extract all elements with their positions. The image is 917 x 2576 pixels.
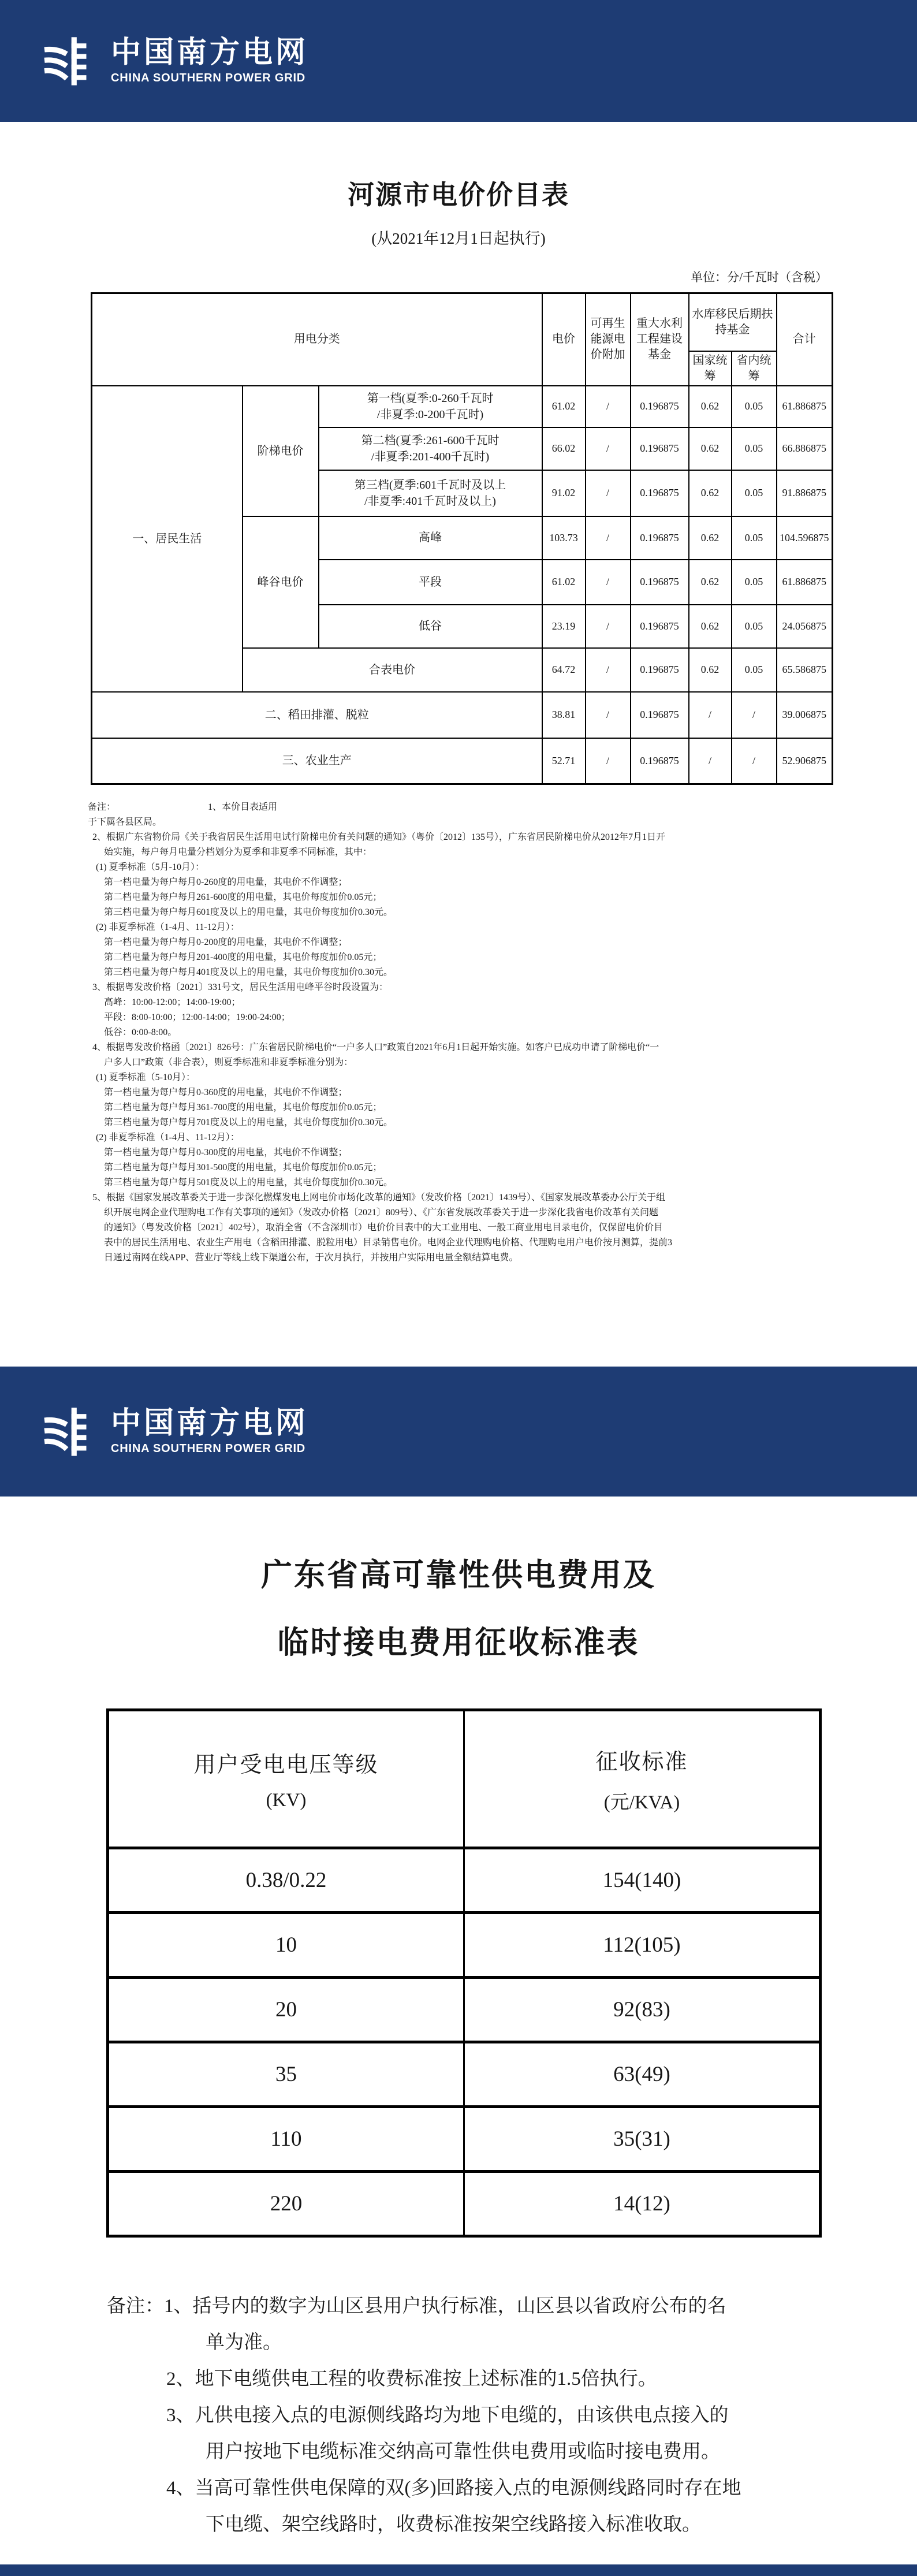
notes-line: 第二档电量为每户每月301-500度的用电量，其电价每度加价0.05元；	[88, 1160, 896, 1175]
voltage-cell: 110	[108, 2107, 464, 2172]
national-fund-cell: 0.62	[689, 605, 732, 648]
column-header-reservoir-fund: 水库移民后期扶持基金	[689, 293, 777, 351]
cspg-logo: 中国南方电网 CHINA SOUTHERN POWER GRID	[42, 1402, 308, 1461]
renewable-cell: /	[586, 560, 631, 605]
notes-line: 第三档电量为每户每月701度及以上的用电量，其电价每度加价0.30元。	[88, 1115, 896, 1130]
notes-item: 1、本价目表适用	[208, 802, 277, 812]
notes-line: 日通过南网在线APP、营业厅等线上线下渠道公布，于次月执行，并按用户实际用电量全…	[88, 1250, 896, 1265]
brand-name-en: CHINA SOUTHERN POWER GRID	[111, 1442, 308, 1455]
water-fund-cell: 0.196875	[631, 648, 689, 692]
table-row: 10 112(105)	[108, 1913, 821, 1978]
table-row: 二、稻田排灌、脱粒 38.81 / 0.196875 / / 39.006875	[92, 692, 833, 738]
voltage-cell: 0.38/0.22	[108, 1848, 464, 1913]
notes-line: 4、当高可靠性供电保障的双(多)回路接入点的电源侧线路同时存在地	[107, 2470, 858, 2507]
notes-line: 第二档电量为每户每月261-600度的用电量，其电价每度加价0.05元；	[88, 890, 896, 905]
water-fund-cell: 0.196875	[631, 692, 689, 738]
column-header-category: 用电分类	[92, 293, 542, 386]
total-cell: 66.886875	[777, 427, 833, 470]
column-header-national-plan: 国家统筹	[689, 351, 732, 386]
table-row: 0.38/0.22 154(140)	[108, 1848, 821, 1913]
water-fund-cell: 0.196875	[631, 516, 689, 560]
notes-line: 第三档电量为每户每月401度及以上的用电量，其电价每度加价0.30元。	[88, 965, 896, 980]
notes-line: 户多人口”政策（非合表），则夏季标准和非夏季标准分别为：	[88, 1055, 896, 1070]
notes-line: 第一档电量为每户每月0-300度的用电量，其电价不作调整；	[88, 1145, 896, 1160]
cspg-logo-text: 中国南方电网 CHINA SOUTHERN POWER GRID	[111, 37, 308, 85]
doc1-notes: 备注：1、本价目表适用 于下属各县区局。 2、根据广东省物价局《关于我省居民生活…	[88, 800, 896, 1265]
doc1-subtitle: (从2021年12月1日起执行)	[0, 226, 917, 248]
doc2-title-line2: 临时接电费用征收标准表	[0, 1618, 917, 1662]
column-header-provincial-plan: 省内统筹	[732, 351, 777, 386]
table-row: 20 92(83)	[108, 1978, 821, 2042]
price-cell: 91.02	[542, 470, 586, 516]
notes-line: 的通知》（粤发改价格〔2021〕402号），取消全省（不含深圳市）电价价目表中的…	[88, 1220, 896, 1235]
provincial-fund-cell: /	[732, 692, 777, 738]
notes-line: 第一档电量为每户每月0-360度的用电量，其电价不作调整；	[88, 1085, 896, 1100]
doc2-section: 广东省高可靠性供电费用及 临时接电费用征收标准表 用户受电电压等级 (KV) 征…	[0, 1550, 917, 2543]
renewable-cell: /	[586, 648, 631, 692]
row-label: 平段	[319, 560, 542, 605]
doc2-notes: 备注：1、括号内的数字为山区县用户执行标准，山区县以省政府公布的名 单为准。 2…	[107, 2288, 858, 2543]
price-cell: 61.02	[542, 560, 586, 605]
standard-cell: 14(12)	[464, 2172, 821, 2236]
doc1-section: 河源市电价价目表 (从2021年12月1日起执行) 单位：分/千瓦时（含税） 用…	[0, 174, 917, 1265]
national-fund-cell: 0.62	[689, 516, 732, 560]
brand-name-cn: 中国南方电网	[111, 1408, 308, 1439]
cspg-logo: 中国南方电网 CHINA SOUTHERN POWER GRID	[42, 32, 308, 91]
notes-line: 3、凡供电接入点的电源侧线路均为地下电缆的，由该供电点接入的	[107, 2398, 858, 2434]
notes-line: (1) 夏季标准（5月-10月）：	[88, 860, 896, 875]
doc2-title: 广东省高可靠性供电费用及 临时接电费用征收标准表	[0, 1550, 917, 1662]
price-cell: 38.81	[542, 692, 586, 738]
notes-line: 单为准。	[107, 2325, 858, 2361]
water-fund-cell: 0.196875	[631, 427, 689, 470]
standard-cell: 112(105)	[464, 1913, 821, 1978]
renewable-cell: /	[586, 470, 631, 516]
notes-line: 用户按地下电缆标准交纳高可靠性供电费用或临时接电费用。	[107, 2434, 858, 2470]
notes-line: (1) 夏季标准（5-10月）：	[88, 1070, 896, 1085]
brand-name-cn: 中国南方电网	[111, 37, 308, 69]
provincial-fund-cell: 0.05	[732, 386, 777, 427]
total-cell: 65.586875	[777, 648, 833, 692]
notes-line: 织开展电网企业代理购电工作有关事项的通知》（发改办价格〔2021〕809号）、《…	[88, 1205, 896, 1220]
notes-line: 5、根据《国家发展改革委关于进一步深化燃煤发电上网电价市场化改革的通知》（发改价…	[88, 1190, 896, 1205]
header-banner-top: 中国南方电网 CHINA SOUTHERN POWER GRID	[0, 0, 917, 122]
brand-name-en: CHINA SOUTHERN POWER GRID	[111, 72, 308, 85]
notes-line: 平段：8:00-10:00；12:00-14:00；19:00-24:00；	[88, 1010, 896, 1025]
row-label-combined-meter: 合表电价	[243, 648, 542, 692]
row-group-residential: 一、居民生活	[92, 386, 243, 692]
table-row: 三、农业生产 52.71 / 0.196875 / / 52.906875	[92, 738, 833, 784]
cspg-logo-icon	[42, 1402, 99, 1461]
provincial-fund-cell: 0.05	[732, 605, 777, 648]
renewable-cell: /	[586, 516, 631, 560]
notes-line: 2、根据广东省物价局《关于我省居民生活用电试行阶梯电价有关问题的通知》（粤价〔2…	[88, 830, 896, 845]
row-label: 高峰	[319, 516, 542, 560]
total-cell: 52.906875	[777, 738, 833, 784]
provincial-fund-cell: 0.05	[732, 560, 777, 605]
water-fund-cell: 0.196875	[631, 470, 689, 516]
price-cell: 66.02	[542, 427, 586, 470]
doc2-title-line1: 广东省高可靠性供电费用及	[0, 1550, 917, 1595]
bottom-bar	[0, 2564, 917, 2576]
provincial-fund-cell: /	[732, 738, 777, 784]
total-cell: 39.006875	[777, 692, 833, 738]
notes-line: (2) 非夏季标准（1-4月、11-12月）：	[88, 920, 896, 935]
voltage-cell: 35	[108, 2042, 464, 2107]
row-label: 第一档(夏季:0-260千瓦时 /非夏季:0-200千瓦时)	[319, 386, 542, 427]
notes-line: 低谷：0:00-8:00。	[88, 1025, 896, 1040]
notes-label: 备注：	[88, 802, 115, 812]
renewable-cell: /	[586, 427, 631, 470]
notes-line: 第二档电量为每户每月361-700度的用电量，其电价每度加价0.05元；	[88, 1100, 896, 1115]
column-header-price: 电价	[542, 293, 586, 386]
notes-lines: 单为准。 2、地下电缆供电工程的收费标准按上述标准的1.5倍执行。 3、凡供电接…	[107, 2325, 858, 2543]
notes-line: 第一档电量为每户每月0-200度的用电量，其电价不作调整；	[88, 935, 896, 950]
water-fund-cell: 0.196875	[631, 560, 689, 605]
column-header-total: 合计	[777, 293, 833, 386]
column-header-water-project-fund: 重大水利工程建设基金	[631, 293, 689, 386]
provincial-fund-cell: 0.05	[732, 470, 777, 516]
fee-standard-title: 征收标准	[465, 1744, 819, 1775]
column-header-voltage-level: 用户受电电压等级 (KV)	[108, 1710, 464, 1848]
price-cell: 61.02	[542, 386, 586, 427]
notes-lines: 于下属各县区局。 2、根据广东省物价局《关于我省居民生活用电试行阶梯电价有关问题…	[88, 815, 896, 1265]
row-label: 第三档(夏季:601千瓦时及以上 /非夏季:401千瓦时及以上)	[319, 470, 542, 516]
notes-line: 第二档电量为每户每月201-400度的用电量，其电价每度加价0.05元；	[88, 950, 896, 965]
fee-standard-unit: (元/KVA)	[465, 1787, 819, 1814]
notes-line: 于下属各县区局。	[88, 815, 896, 830]
voltage-cell: 220	[108, 2172, 464, 2236]
fee-standard-table: 用户受电电压等级 (KV) 征收标准 (元/KVA) 0.38/0.22 154…	[106, 1708, 822, 2238]
notes-line: 下电缆、架空线路时，收费标准按架空线路接入标准收取。	[107, 2507, 858, 2543]
renewable-cell: /	[586, 738, 631, 784]
renewable-cell: /	[586, 386, 631, 427]
standard-cell: 35(31)	[464, 2107, 821, 2172]
national-fund-cell: 0.62	[689, 470, 732, 516]
voltage-cell: 10	[108, 1913, 464, 1978]
notes-line: 4、根据粤发改价格函〔2021〕826号：广东省居民阶梯电价“一户多人口”政策自…	[88, 1040, 896, 1055]
cspg-logo-icon	[42, 32, 99, 91]
table-row: 35 63(49)	[108, 2042, 821, 2107]
water-fund-cell: 0.196875	[631, 738, 689, 784]
column-header-renewable-surcharge: 可再生能源电价附加	[586, 293, 631, 386]
national-fund-cell: 0.62	[689, 648, 732, 692]
price-table: 用电分类 电价 可再生能源电价附加 重大水利工程建设基金 水库移民后期扶持基金 …	[91, 292, 833, 785]
price-cell: 103.73	[542, 516, 586, 560]
row-label: 低谷	[319, 605, 542, 648]
total-cell: 91.886875	[777, 470, 833, 516]
table-row: 一、居民生活 阶梯电价 第一档(夏季:0-260千瓦时 /非夏季:0-200千瓦…	[92, 386, 833, 427]
total-cell: 61.886875	[777, 560, 833, 605]
doc1-unit-note: 单位：分/千瓦时（含税）	[91, 268, 830, 285]
notes-first-line: 备注：1、本价目表适用	[88, 800, 896, 815]
total-cell: 61.886875	[777, 386, 833, 427]
row-label-agricultural: 三、农业生产	[92, 738, 542, 784]
notes-line: 2、地下电缆供电工程的收费标准按上述标准的1.5倍执行。	[107, 2361, 858, 2398]
voltage-level-title: 用户受电电压等级	[109, 1747, 463, 1778]
renewable-cell: /	[586, 605, 631, 648]
voltage-level-unit: (KV)	[109, 1790, 463, 1811]
notes-line: (2) 非夏季标准（1-4月、11-12月）：	[88, 1130, 896, 1145]
standard-cell: 92(83)	[464, 1978, 821, 2042]
national-fund-cell: 0.62	[689, 386, 732, 427]
provincial-fund-cell: 0.05	[732, 516, 777, 560]
provincial-fund-cell: 0.05	[732, 648, 777, 692]
price-cell: 23.19	[542, 605, 586, 648]
price-cell: 52.71	[542, 738, 586, 784]
notes-line: 第一档电量为每户每月0-260度的用电量，其电价不作调整；	[88, 875, 896, 890]
standard-cell: 154(140)	[464, 1848, 821, 1913]
row-label-paddy-irrigation: 二、稻田排灌、脱粒	[92, 692, 542, 738]
renewable-cell: /	[586, 692, 631, 738]
column-header-fee-standard: 征收标准 (元/KVA)	[464, 1710, 821, 1848]
row-group-peak-valley-price: 峰谷电价	[243, 516, 319, 648]
standard-cell: 63(49)	[464, 2042, 821, 2107]
notes-line: 第三档电量为每户每月501度及以上的用电量，其电价每度加价0.30元。	[88, 1175, 896, 1190]
cspg-logo-text: 中国南方电网 CHINA SOUTHERN POWER GRID	[111, 1408, 308, 1455]
fee-table-body: 0.38/0.22 154(140) 10 112(105) 20 92(83)	[108, 1848, 821, 2236]
notes-line: 第三档电量为每户每月601度及以上的用电量，其电价每度加价0.30元。	[88, 905, 896, 920]
doc1-title: 河源市电价价目表	[0, 174, 917, 212]
table-row: 110 35(31)	[108, 2107, 821, 2172]
national-fund-cell: 0.62	[689, 427, 732, 470]
national-fund-cell: /	[689, 738, 732, 784]
page: 中国南方电网 CHINA SOUTHERN POWER GRID 河源市电价价目…	[0, 0, 917, 2576]
notes-line: 始实施，每户每月电量分档划分为夏季和非夏季不同标准，其中：	[88, 845, 896, 860]
notes-first-line: 备注：1、括号内的数字为山区县用户执行标准，山区县以省政府公布的名	[107, 2288, 858, 2325]
water-fund-cell: 0.196875	[631, 386, 689, 427]
total-cell: 104.596875	[777, 516, 833, 560]
notes-line: 3、根据粤发改价格〔2021〕331号文，居民生活用电峰平谷时段设置为：	[88, 980, 896, 995]
notes-label: 备注：	[107, 2296, 164, 2317]
provincial-fund-cell: 0.05	[732, 427, 777, 470]
price-cell: 64.72	[542, 648, 586, 692]
notes-line: 表中的居民生活用电、农业生产用电（含稻田排灌、脱粒用电）目录销售电价。电网企业代…	[88, 1235, 896, 1250]
notes-item: 1、括号内的数字为山区县用户执行标准，山区县以省政府公布的名	[164, 2296, 726, 2317]
total-cell: 24.056875	[777, 605, 833, 648]
row-label: 第二档(夏季:261-600千瓦时 /非夏季:201-400千瓦时)	[319, 427, 542, 470]
row-group-tiered-price: 阶梯电价	[243, 386, 319, 516]
header-banner-middle: 中国南方电网 CHINA SOUTHERN POWER GRID	[0, 1367, 917, 1497]
table-row: 220 14(12)	[108, 2172, 821, 2236]
notes-line: 高峰：10:00-12:00；14:00-19:00；	[88, 995, 896, 1010]
water-fund-cell: 0.196875	[631, 605, 689, 648]
national-fund-cell: /	[689, 692, 732, 738]
national-fund-cell: 0.62	[689, 560, 732, 605]
voltage-cell: 20	[108, 1978, 464, 2042]
